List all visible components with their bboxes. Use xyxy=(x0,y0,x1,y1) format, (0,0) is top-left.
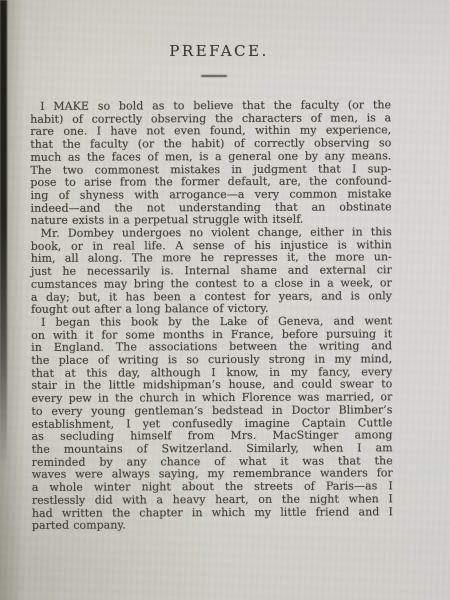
book-gutter-shadow xyxy=(0,0,7,500)
book-page-photo: PREFACE. I MAKE so bold as to believe th… xyxy=(0,0,450,600)
page-title: PREFACE. xyxy=(0,42,444,60)
title-divider-rule xyxy=(201,75,227,77)
text-line: parted company. xyxy=(32,518,393,532)
preface-text: I MAKE so bold as to believe that the fa… xyxy=(30,99,393,532)
